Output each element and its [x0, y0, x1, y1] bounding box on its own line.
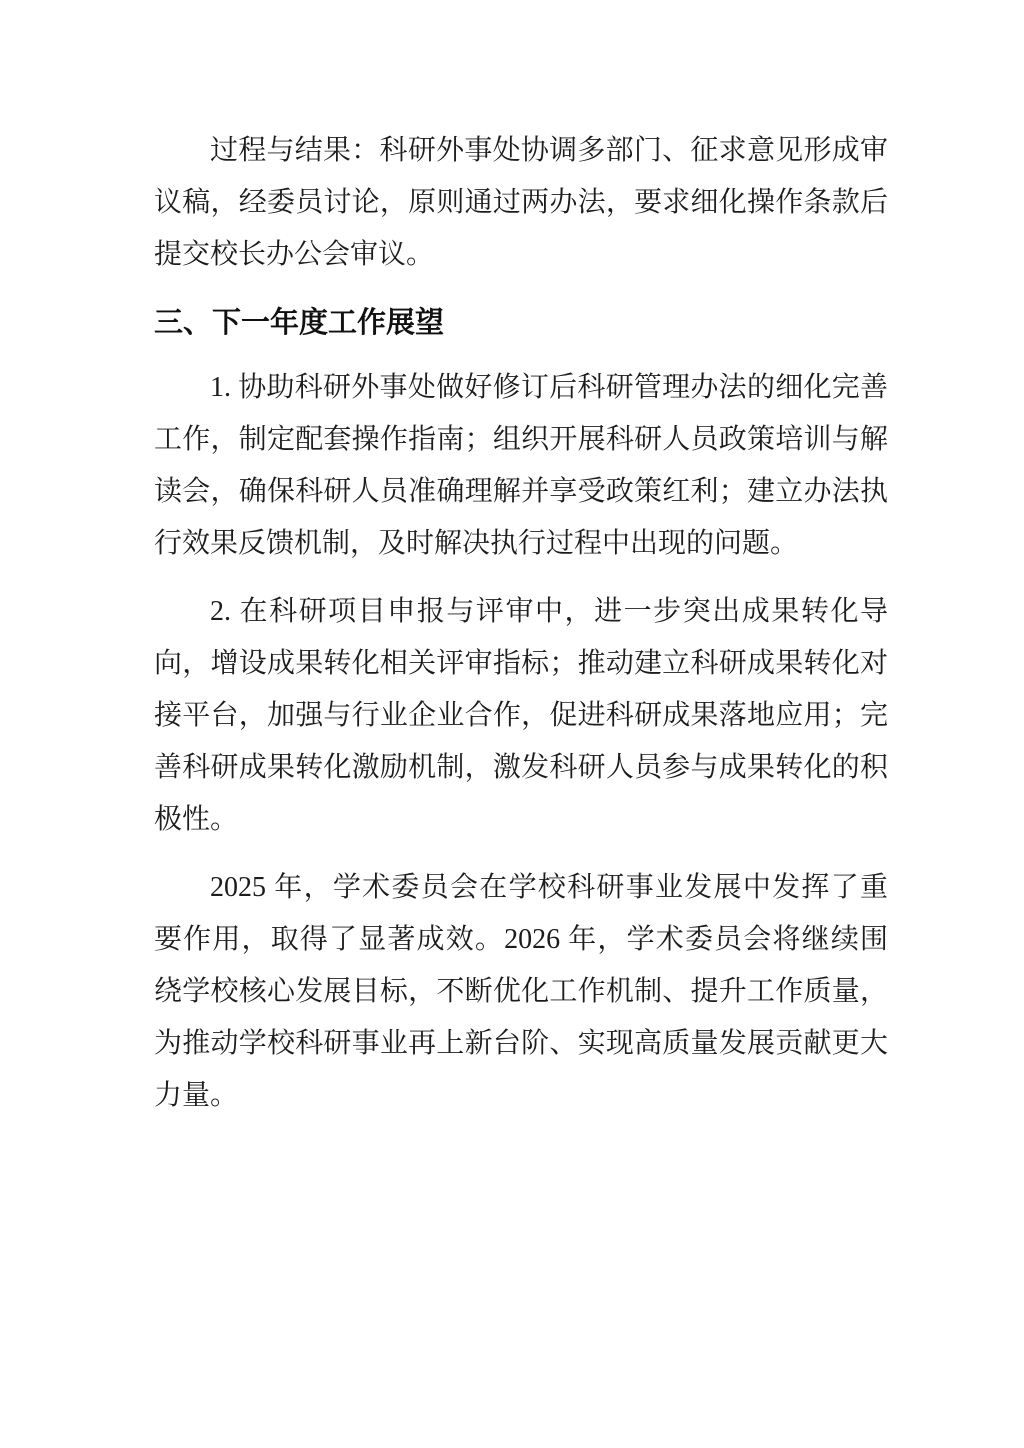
paragraph-item-2: 2. 在科研项目申报与评审中，进一步突出成果转化导向，增设成果转化相关评审指标；… [154, 586, 888, 846]
paragraph-item-1: 1. 协助科研外事处做好修订后科研管理办法的细化完善工作，制定配套操作指南；组织… [154, 362, 888, 570]
document-page: 过程与结果：科研外事处协调多部门、征求意见形成审议稿，经委员讨论，原则通过两办法… [0, 0, 1024, 1448]
section-heading-next-year-outlook: 三、下一年度工作展望 [154, 297, 888, 349]
paragraph-summary: 2025 年，学术委员会在学校科研事业发展中发挥了重要作用，取得了显著成效。20… [154, 862, 888, 1122]
paragraph-process-result: 过程与结果：科研外事处协调多部门、征求意见形成审议稿，经委员讨论，原则通过两办法… [154, 125, 888, 281]
